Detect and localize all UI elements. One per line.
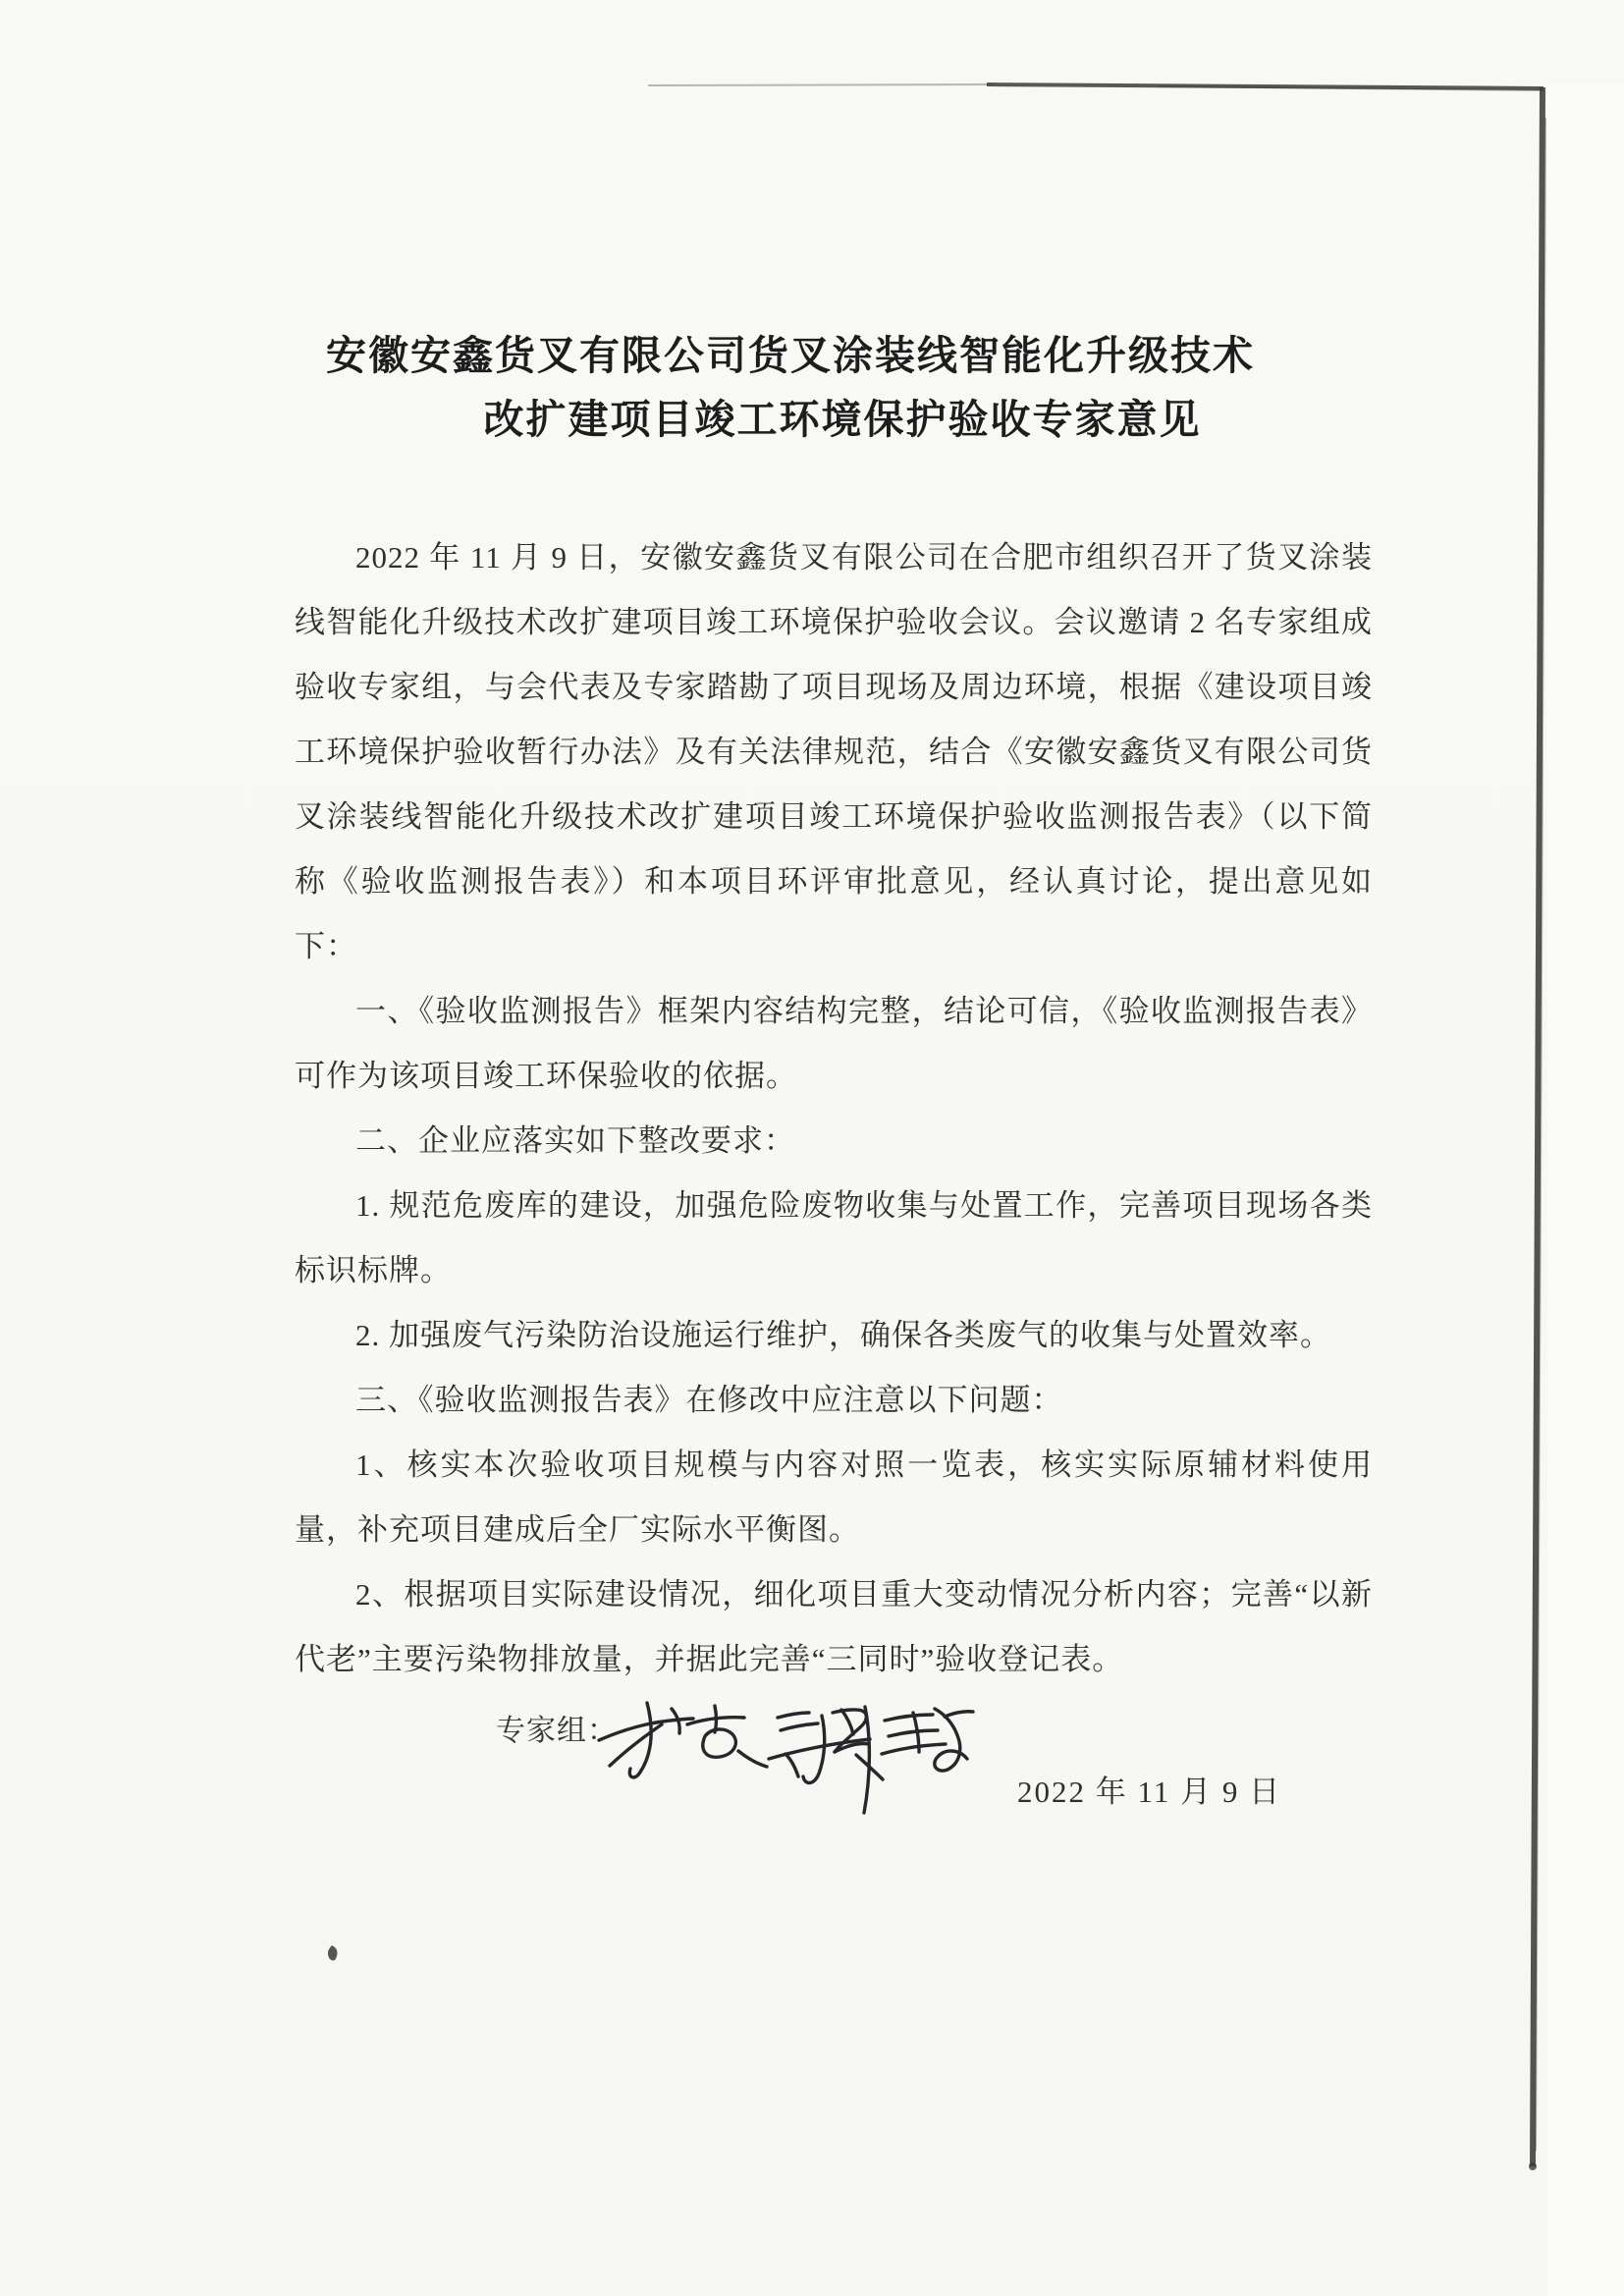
document-body: 2022 年 11 月 9 日，安徽安鑫货叉有限公司在合肥市组织召开了货叉涂装线… [295,525,1373,1692]
page-title-line2: 改扩建项目竣工环境保护验收专家意见 [303,388,1381,452]
scan-top-edge-line [648,84,1543,90]
signature-date: 2022 年 11 月 9 日 [1017,1767,1281,1811]
paragraph-intro: 2022 年 11 月 9 日，安徽安鑫货叉有限公司在合肥市组织召开了货叉涂装线… [295,525,1373,979]
handwritten-signatures [599,1703,973,1813]
document-page: 安徽安鑫货叉有限公司货叉涂装线智能化升级技术 改扩建项目竣工环境保护验收专家意见… [0,0,1624,2296]
paragraph-item-3: 三、《验收监测报告表》在修改中应注意以下问题： [295,1368,1373,1433]
signature-separator-mark [785,1754,798,1777]
ink-speck [328,1945,338,1960]
paragraph-item-2: 二、企业应落实如下整改要求： [295,1109,1373,1174]
scan-right-edge-line [1529,87,1545,2170]
paragraph-item-2-sub1: 1. 规范危废库的建设，加强危险废物收集与处置工作，完善项目现场各类标识标牌。 [295,1174,1373,1303]
paragraph-item-3-sub1: 1、核实本次验收项目规模与内容对照一览表，核实实际原辅材料使用量，补充项目建成后… [295,1433,1373,1562]
paragraph-item-2-sub2: 2. 加强废气污染防治设施运行维护，确保各类废气的收集与处置效率。 [295,1303,1373,1368]
page-title: 安徽安鑫货叉有限公司货叉涂装线智能化升级技术 改扩建项目竣工环境保护验收专家意见 [295,324,1373,452]
page-title-line1: 安徽安鑫货叉有限公司货叉涂装线智能化升级技术 [251,324,1329,388]
signature-label: 专家组： [496,1706,618,1749]
scan-outside-edge-area [1547,84,1624,2296]
paragraph-item-3-sub2: 2、根据项目实际建设情况，细化项目重大变动情况分析内容；完善“以新代老”主要污染… [295,1562,1373,1692]
paragraph-item-1: 一、《验收监测报告》框架内容结构完整，结论可信，《验收监测报告表》可作为该项目竣… [295,979,1373,1109]
signature-expert-2 [833,1707,973,1813]
signature-expert-1 [599,1703,883,1782]
